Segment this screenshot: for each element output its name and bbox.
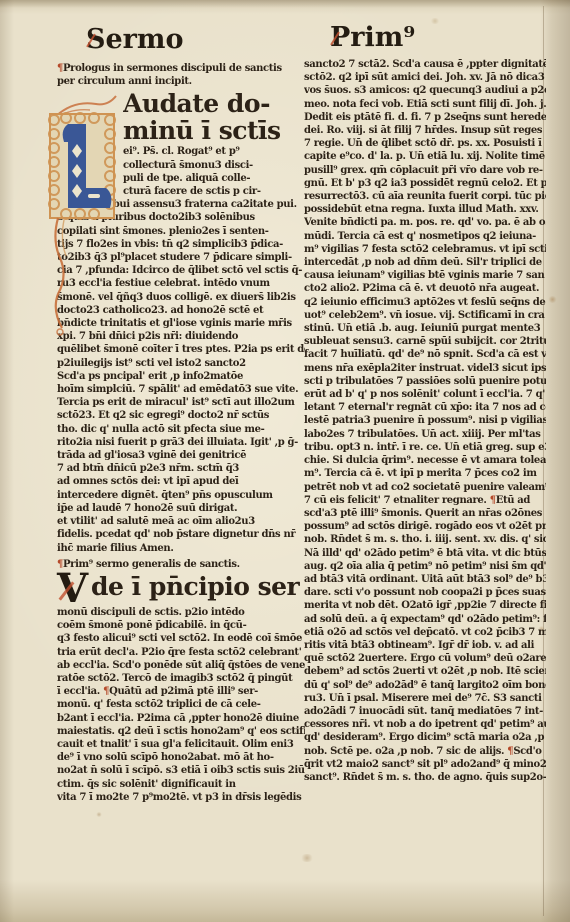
text-line: mūdi. Tercia cā est q' nosmetipos q2 iei… bbox=[304, 230, 546, 243]
foxing-spot bbox=[96, 812, 102, 817]
text-line: pusill⁹ grex. qm̄ cōplacuit pr̄i vr̄o da… bbox=[304, 164, 546, 177]
text-line: possidebūt et̄na regna. Iuxta illud Math… bbox=[304, 203, 546, 216]
text-line: fidelis. pcedat qd' nob p̄stare dignetur… bbox=[57, 528, 305, 541]
text-segment: nob. Sctē pe. o2a ,p nob. 7 sic de alijs… bbox=[304, 746, 507, 757]
text-segment: quēlibet s̄monē coīter ī tres ptes. P2ia… bbox=[57, 344, 305, 355]
text-line: resurrectō3. cū aīa reunita fuerit corpi… bbox=[304, 190, 546, 203]
text-line: meo. nota feci vob. Etiā scti sunt filij… bbox=[304, 98, 546, 111]
text-line: dū q' sol⁹ de⁹ ado2ād⁹ ē tanq̄ largito2 … bbox=[304, 679, 546, 692]
text-segment: ab eccl'ia. Scd'o ponēde sūt aliq̄ q̄stō… bbox=[57, 660, 305, 671]
text-segment: nob. Rn̄det s̄ m. s. tho. i. iiij. sent.… bbox=[304, 534, 546, 545]
text-line: q̄rit̄ vt2 maio2 sanct⁹ sit pl⁹ ado2and⁹… bbox=[304, 758, 546, 771]
decorated-initial-L-icon bbox=[44, 90, 124, 340]
text-segment: cauit et t̄nalit' ī sua gl'a felicitauit… bbox=[57, 739, 293, 750]
text-line: hoīm simplciū. 7 spālit' ad emēdatō3 sue… bbox=[57, 383, 305, 396]
text-segment: subleuat sensu3. carnē spūi subijcit. co… bbox=[304, 336, 546, 347]
text-segment: petrēt nob vt ad co2 societatē puenire v… bbox=[304, 482, 546, 493]
text-segment: m⁹ vigilias 7 festa sctō2 celebramus. vt… bbox=[304, 244, 546, 255]
text-segment: gnū. Et b' p3 q2 ia3 possidēt regnū celo… bbox=[304, 178, 546, 189]
text-line: vos s̄uos. s3 amicos: q2 quecunq3 audiui… bbox=[304, 84, 546, 97]
text-line: et vtilit' ad salutē meā ac oīm alio2u3 bbox=[57, 515, 305, 528]
text-segment: 7 regie. Un̄ de q̄libet sctō dr̄. ps. xx… bbox=[304, 138, 542, 149]
text-segment: maiestatis. q2 deū ī sctis hono2am⁹ q' e… bbox=[57, 726, 305, 737]
running-header-left: Sermo bbox=[86, 24, 183, 55]
text-segment: Dedit eis ptātē fi. d. fi. 7 p 2seq̄ns s… bbox=[304, 112, 546, 123]
text-line: monū. q' festa sctō2 triplici de cā cele… bbox=[57, 698, 305, 711]
text-line: Audate do- bbox=[123, 90, 305, 117]
text-line: ihc̄ marie filius Amen. bbox=[57, 542, 305, 555]
text-segment: Prologus in sermones discipuli de sancti… bbox=[63, 63, 282, 74]
foxing-spot bbox=[430, 18, 440, 24]
text-line: maiestatis. q2 deū ī sctis hono2am⁹ q' e… bbox=[57, 725, 305, 738]
text-line: lestē patria3 puenire n̄ possum⁹. nisi p… bbox=[304, 414, 546, 427]
text-line: ad btā3 vitā ordinant̄. Uitā aūt btā3 so… bbox=[304, 573, 546, 586]
text-segment: stinū. Un̄ etiā .b. aug. Ieiuniū purgat … bbox=[304, 323, 540, 334]
text-segment: no2at̄ n̄ solū ī scīpō. s3 etiā ī oib3 s… bbox=[57, 765, 305, 776]
text-segment: monū. q' festa sctō2 triplici de cā cele… bbox=[57, 699, 261, 710]
text-segment: dū q' sol⁹ de⁹ ado2ād⁹ ē tanq̄ largito2 … bbox=[304, 680, 546, 691]
text-line: ritis vitā btā3 obtineam⁹. Igr̄ dr̄ iob.… bbox=[304, 639, 546, 652]
text-segment: letant̄ 7 eternal'r regnāt cū xp̄o: ita … bbox=[304, 402, 546, 413]
text-segment: meo. nota feci vob. Etiā scti sunt filij… bbox=[304, 99, 546, 110]
text-segment: possidebūt et̄na regna. Iuxta illud Math… bbox=[304, 204, 538, 215]
text-segment: debem⁹ ad sctōs 2uerti vt o2ēt ,p nob. I… bbox=[304, 666, 546, 677]
text-line: m⁹. Tercia cā ē. vt ipī p merita 7 p̄ces… bbox=[304, 467, 546, 480]
text-segment: ad omnes sctōs dei: vt ipī apud deī bbox=[57, 476, 239, 487]
text-line: q3 festo alicui⁹ scti vel sctō2. In eodē… bbox=[57, 632, 305, 645]
text-line: ei⁹. Ps̄. cl. Rogat⁹ et p⁹ bbox=[123, 145, 305, 158]
text-segment: ip̄e ad laudē 7 hono2ē suū dirigat. bbox=[57, 503, 237, 514]
text-segment: ad solū deū. a q̄ expectam⁹ qd' o2ādo pe… bbox=[304, 614, 546, 625]
text-line: scd'a3 ptē illi⁹ s̄monis. Querit̄ an nr̄… bbox=[304, 507, 546, 520]
right-text-column: sancto2 7 sctā2. Scd'a causa ē ,ppter di… bbox=[304, 58, 546, 784]
text-line: nob. Rn̄det s̄ m. s. tho. i. iiij. sent.… bbox=[304, 533, 546, 546]
sermon-one-incipit-text: de ī pn̄cipio ser bbox=[91, 572, 299, 602]
text-line: 7 regie. Un̄ de q̄libet sctō dr̄. ps. xx… bbox=[304, 137, 546, 150]
text-line: intercedere dignēt̄. q̄ten⁹ pn̄s opuscul… bbox=[57, 489, 305, 502]
text-line: ad omnes sctōs dei: vt ipī apud deī bbox=[57, 475, 305, 488]
text-segment: fidelis. pcedat qd' nob p̄stare dignetur… bbox=[57, 529, 295, 540]
prologue-rubric: ¶Prologus in sermones discipuli de sanct… bbox=[57, 62, 305, 88]
sermon-one-rubric-label: Prim⁹ sermo generalis de sanctis. bbox=[63, 559, 240, 570]
left-text-column: ¶Prologus in sermones discipuli de sanct… bbox=[57, 62, 305, 804]
text-line: possum⁹ ad sctōs dirigē. rogādo eos vt o… bbox=[304, 520, 546, 533]
text-segment: q3 festo alicui⁹ scti vel sctō2. In eodē… bbox=[57, 633, 302, 644]
text-segment: capite e⁹co. d' la. p. Un̄ etiā lu. xij.… bbox=[304, 151, 545, 162]
foxing-spot bbox=[548, 296, 557, 303]
text-line: rito2ia nisi fuerit p grā3 dei illuiata.… bbox=[57, 436, 305, 449]
text-segment: minū ī sctīs bbox=[123, 117, 281, 144]
foxing-spot bbox=[300, 854, 314, 862]
text-segment: rito2ia nisi fuerit p grā3 dei illuiata.… bbox=[57, 437, 298, 448]
text-line: m⁹ vigilias 7 festa sctō2 celebramus. vt… bbox=[304, 243, 546, 256]
text-line: ratōe sctō2. Tercō de imagib3 sctō2 q̄ p… bbox=[57, 672, 305, 685]
text-segment: cturā facere de sctis p cir- bbox=[123, 186, 261, 197]
text-segment: scd'a3 ptē illi⁹ s̄monis. Querit̄ an nr̄… bbox=[304, 508, 542, 519]
text-segment: q2 ieiunio efficimu3 aptō2es vt feslū se… bbox=[304, 297, 545, 308]
text-segment: mens nr̄a exēpla2iter instruat̄. videl3 … bbox=[304, 363, 546, 374]
text-line: minū ī sctīs bbox=[123, 117, 305, 144]
text-line: subleuat sensu3. carnē spūi subijcit. co… bbox=[304, 335, 546, 348]
text-line: ad solū deū. a q̄ expectam⁹ qd' o2ādo pe… bbox=[304, 613, 546, 626]
text-line: ab eccl'ia. Scd'o ponēde sūt aliq̄ q̄stō… bbox=[57, 659, 305, 672]
running-header-right: Prim⁹ bbox=[330, 22, 415, 53]
text-segment: per circulum anni incipit. bbox=[57, 76, 192, 87]
text-line: capite e⁹co. d' la. p. Un̄ etiā lu. xij.… bbox=[304, 150, 546, 163]
text-segment: 7 ad btm̄ dn̄icū p2e3 nr̄m. sctm̄ q̄3 bbox=[57, 463, 239, 474]
text-line: causa ieiunam⁹ vigilias btē vginis marie… bbox=[304, 269, 546, 282]
text-line: ¶Prologus in sermones discipuli de sanct… bbox=[57, 62, 305, 75]
text-segment: facit 7 huīliatū. qd' de⁹ nō spnit. Scd'… bbox=[304, 349, 546, 360]
text-line: petrēt nob vt ad co2 societatē puenire v… bbox=[304, 481, 546, 494]
text-line: qd' desideram⁹. Ergo dicim⁹ sctā maria o… bbox=[304, 731, 546, 744]
text-line: ¶Prim⁹ sermo generalis de sanctis. bbox=[57, 558, 305, 571]
text-line: labo2es 7 tribulatōes. Un̄ act. xiiij. P… bbox=[304, 428, 546, 441]
sermon-one-incipit: V de ī pn̄cipio ser bbox=[57, 572, 305, 606]
text-segment: dare. scti v'o possunt nob coopa2i p p̄c… bbox=[304, 587, 546, 598]
sermon-one-body: monū discipuli de sctis. p2io intēdocoēm… bbox=[57, 606, 305, 804]
text-line: tria erūt decl'a. P2io q̄re festa sctō2 … bbox=[57, 646, 305, 659]
text-line: Tercia ps erit de miracul' ist̄⁹ sctī au… bbox=[57, 396, 305, 409]
sermon-one-rubric: ¶Prim⁹ sermo generalis de sanctis. bbox=[57, 558, 305, 571]
text-line: sancto2 7 sctā2. Scd'a causa ē ,ppter di… bbox=[304, 58, 546, 71]
text-segment: tribu. opt3 n. intr̄. ī re. ce. Un̄ etiā… bbox=[304, 442, 546, 453]
text-segment: chie. Si dulcia q̄rim⁹. necesse ē vt ama… bbox=[304, 455, 546, 466]
text-line: uot⁹ celeb2em⁹. vn̄ iosue. vij. Sctifica… bbox=[304, 309, 546, 322]
text-line: monū discipuli de sctis. p2io intēdo bbox=[57, 606, 305, 619]
text-segment: qd' desideram⁹. Ergo dicim⁹ sctā maria o… bbox=[304, 732, 544, 743]
text-line: intercedāt ,p nob ad dn̄m deū. Sil'r tri… bbox=[304, 256, 546, 269]
text-segment: coēm s̄monē ponē p̄dicabilē. in q̄cū- bbox=[57, 620, 246, 631]
text-segment: b2ant̄ ī eccl'ia. P2ima cā ,ppter hono2ē… bbox=[57, 713, 299, 724]
text-segment: Tercia ps erit de miracul' ist̄⁹ sctī au… bbox=[57, 397, 295, 408]
text-line: 7 ad btm̄ dn̄icū p2e3 nr̄m. sctm̄ q̄3 bbox=[57, 462, 305, 475]
text-line: ado2ādi 7 inuocādi sūt. tanq̄ mediatōes … bbox=[304, 705, 546, 718]
text-line: sanct⁹. Rn̄det s̄ m. s. tho. de agno. q̄… bbox=[304, 771, 546, 784]
text-segment: 7 cū eis felicit' 7 et̄naliter regnare. bbox=[304, 495, 490, 506]
text-line: Dedit eis ptātē fi. d. fi. 7 p 2seq̄ns s… bbox=[304, 111, 546, 124]
text-line: letant̄ 7 eternal'r regnāt cū xp̄o: ita … bbox=[304, 401, 546, 414]
text-segment: ratōe sctō2. Tercō de imagib3 sctō2 q̄ p… bbox=[57, 673, 292, 684]
text-segment: intercedere dignēt̄. q̄ten⁹ pn̄s opuscul… bbox=[57, 490, 273, 501]
page-edge-left bbox=[0, 0, 14, 922]
text-line: b2ant̄ ī eccl'ia. P2ima cā ,ppter hono2ē… bbox=[57, 712, 305, 725]
text-segment: tria erūt decl'a. P2io q̄re festa sctō2 … bbox=[57, 647, 301, 658]
text-segment: de⁹ ī vno solū scīpō hono2abat̄. mō āt h… bbox=[57, 752, 274, 763]
text-line: chie. Si dulcia q̄rim⁹. necesse ē vt ama… bbox=[304, 454, 546, 467]
text-segment: cto2 alio2. P2ima cā ē. vt deuotō nr̄a a… bbox=[304, 283, 539, 294]
text-line: no2at̄ n̄ solū ī scīpō. s3 etiā ī oib3 s… bbox=[57, 764, 305, 777]
text-line: Nā illd' qd' o2ādo petim⁹ ē btā vita. vt… bbox=[304, 547, 546, 560]
text-line: trāda ad gl'iosa3 vginē dei genitricē bbox=[57, 449, 305, 462]
text-segment: sctō2. q2 ipī sūt amici dei. Joh. xv. Jā… bbox=[304, 72, 544, 83]
text-line: gnū. Et b' p3 q2 ia3 possidēt regnū celo… bbox=[304, 177, 546, 190]
text-segment: sancto2 7 sctā2. Scd'a causa ē ,ppter di… bbox=[304, 59, 546, 70]
text-segment: Quātū ad p2imā ptē illi⁹ ser- bbox=[109, 686, 258, 697]
text-line: Scd'a ps pncipal' erit ,p info2matōe bbox=[57, 370, 305, 383]
text-line: merita vt nob dēt̄. O2atō igr̄ ,pp2ie 7 … bbox=[304, 599, 546, 612]
text-line: tho. dic q' nulla actō sit pfecta siue m… bbox=[57, 423, 305, 436]
text-line: p2iuilegijs ist̄⁹ scti vel isto2 sancto2 bbox=[57, 357, 305, 370]
text-line: vita 7 ī mo2te 7 p⁹mo2tē. vt p3 in dr̄si… bbox=[57, 791, 305, 804]
text-line: tribu. opt3 n. intr̄. ī re. ce. Un̄ etiā… bbox=[304, 441, 546, 454]
text-segment: ī eccl'ia. bbox=[57, 686, 103, 697]
text-segment: resurrectō3. cū aīa reunita fuerit corpi… bbox=[304, 191, 546, 202]
text-segment: mūdi. Tercia cā est q' nosmetipos q2 iei… bbox=[304, 231, 536, 242]
text-segment: q̄rit̄ vt2 maio2 sanct⁹ sit pl⁹ ado2and⁹… bbox=[304, 759, 546, 770]
text-segment: ctim. q̄s sic solēnit' dignificauit in bbox=[57, 779, 236, 790]
text-segment: ru3. Un̄ ī psal. Miserere mei de⁹ 7c̄. S… bbox=[304, 693, 542, 704]
text-line: nob. Sctē pe. o2a ,p nob. 7 sic de alijs… bbox=[304, 745, 546, 758]
text-line: ī eccl'ia. ¶Quātū ad p2imā ptē illi⁹ ser… bbox=[57, 685, 305, 698]
text-line: q2 ieiunio efficimu3 aptō2es vt feslū se… bbox=[304, 296, 546, 309]
text-segment: hoīm simplciū. 7 spālit' ad emēdatō3 sue… bbox=[57, 384, 298, 395]
text-line: mens nr̄a exēpla2iter instruat̄. videl3 … bbox=[304, 362, 546, 375]
text-segment: ad btā3 vitā ordinant̄. Uitā aūt btā3 so… bbox=[304, 574, 546, 585]
printed-initial-V: V bbox=[57, 572, 88, 606]
text-segment: et vtilit' ad salutē meā ac oīm alio2u3 bbox=[57, 516, 255, 527]
text-segment: puli de tpe. aliquā colle- bbox=[123, 173, 250, 184]
text-segment: ado2ādi 7 inuocādi sūt. tanq̄ mediatōes … bbox=[304, 706, 543, 717]
text-segment: uot⁹ celeb2em⁹. vn̄ iosue. vij. Sctifica… bbox=[304, 310, 545, 321]
text-segment: ei⁹. Ps̄. cl. Rogat⁹ et p⁹ bbox=[123, 146, 240, 157]
text-segment: Venite bn̄dicti pa. m. pos. re. qd' vo. … bbox=[304, 217, 546, 228]
text-segment: aug. q2 oīa alia q̄ petim⁹ nō petim⁹ nis… bbox=[304, 561, 546, 572]
text-segment: ritis vitā btā3 obtineam⁹. Igr̄ dr̄ iob.… bbox=[304, 640, 534, 651]
text-line: dare. scti v'o possunt nob coopa2i p p̄c… bbox=[304, 586, 546, 599]
text-line: sctō23. Et q2 sic egregi⁹ docto2 nr̄ sct… bbox=[57, 409, 305, 422]
text-line: per circulum anni incipit. bbox=[57, 75, 305, 88]
text-segment: sanct⁹. Rn̄det s̄ m. s. tho. de agno. q̄… bbox=[304, 772, 546, 783]
text-segment: causa ieiunam⁹ vigilias btē vginis marie… bbox=[304, 270, 544, 281]
running-header-right-label: Prim⁹ bbox=[330, 22, 415, 53]
text-line: cauit et t̄nalit' ī sua gl'a felicitauit… bbox=[57, 738, 305, 751]
text-segment: intercedāt ,p nob ad dn̄m deū. Sil'r tri… bbox=[304, 257, 542, 268]
text-line: coēm s̄monē ponē p̄dicabilē. in q̄cū- bbox=[57, 619, 305, 632]
text-segment: collecturā s̄monu3 disci- bbox=[123, 160, 253, 171]
page-edge-top bbox=[0, 0, 570, 8]
text-segment: quē sctō2 2uertere. Ergo cū volum⁹ deū o… bbox=[304, 653, 546, 664]
text-line: ctim. q̄s sic solēnit' dignificauit in bbox=[57, 778, 305, 791]
right-column-body: sancto2 7 sctā2. Scd'a causa ē ,ppter di… bbox=[304, 58, 546, 784]
text-segment: erūt ad b' q' p nos solēnit' colunt̄ ī e… bbox=[304, 389, 546, 400]
text-line: etiā o2ō ad sctōs vel dep̄catō. vt co2 p… bbox=[304, 626, 546, 639]
text-line: cto2 alio2. P2ima cā ē. vt deuotō nr̄a a… bbox=[304, 282, 546, 295]
text-line: dei. Ro. viij. si āt filij 7 hr̄des. Ins… bbox=[304, 124, 546, 137]
running-header-left-label: Sermo bbox=[86, 24, 183, 55]
text-line: aug. q2 oīa alia q̄ petim⁹ nō petim⁹ nis… bbox=[304, 560, 546, 573]
text-line: 7 cū eis felicit' 7 et̄naliter regnare. … bbox=[304, 494, 546, 507]
text-segment: merita vt nob dēt̄. O2atō igr̄ ,pp2ie 7 … bbox=[304, 600, 546, 611]
text-segment: vos s̄uos. s3 amicos: q2 quecunq3 audiui… bbox=[304, 85, 546, 96]
initial-V-letter: V bbox=[57, 565, 88, 612]
text-line: quē sctō2 2uertere. Ergo cū volum⁹ deū o… bbox=[304, 652, 546, 665]
text-segment: scti p tribulatōes 7 passiōes solū pueni… bbox=[304, 376, 546, 387]
text-segment: sctō23. Et q2 sic egregi⁹ docto2 nr̄ sct… bbox=[57, 410, 269, 421]
text-line: puli de tpe. aliquā colle- bbox=[123, 172, 305, 185]
text-segment: lestē patria3 puenire n̄ possum⁹. nisi p… bbox=[304, 415, 546, 426]
text-line: cessores nr̄i. vt nob a do ipetrent qd' … bbox=[304, 718, 546, 731]
text-segment: Nā illd' qd' o2ādo petim⁹ ē btā vita. vt… bbox=[304, 548, 546, 559]
text-line: facit 7 huīliatū. qd' de⁹ nō spnit. Scd'… bbox=[304, 348, 546, 361]
text-segment: vita 7 ī mo2te 7 p⁹mo2tē. vt p3 in dr̄si… bbox=[57, 792, 301, 803]
text-segment: possum⁹ ad sctōs dirigē. rogādo eos vt o… bbox=[304, 521, 546, 532]
text-line: ru3. Un̄ ī psal. Miserere mei de⁹ 7c̄. S… bbox=[304, 692, 546, 705]
text-segment: tho. dic q' nulla actō sit pfecta siue m… bbox=[57, 424, 264, 435]
text-segment: Etū ad bbox=[496, 495, 530, 506]
text-line: de⁹ ī vno solū scīpō hono2abat̄. mō āt h… bbox=[57, 751, 305, 764]
text-line: quēlibet s̄monē coīter ī tres ptes. P2ia… bbox=[57, 343, 305, 356]
text-segment: pusill⁹ grex. qm̄ cōplacuit pr̄i vr̄o da… bbox=[304, 165, 543, 176]
scanned-book-page: Sermo Prim⁹ bbox=[0, 0, 570, 922]
text-segment: ihc̄ marie filius Amen. bbox=[57, 543, 173, 554]
text-line: collecturā s̄monu3 disci- bbox=[123, 159, 305, 172]
text-line: cturā facere de sctis p cir- bbox=[123, 185, 305, 198]
text-line: ip̄e ad laudē 7 hono2ē suū dirigat. bbox=[57, 502, 305, 515]
text-segment: Scd'o bbox=[513, 746, 541, 757]
text-segment: Scd'a ps pncipal' erit ,p info2matōe bbox=[57, 371, 243, 382]
text-line: stinū. Un̄ etiā .b. aug. Ieiuniū purgat … bbox=[304, 322, 546, 335]
text-line: erūt ad b' q' p nos solēnit' colunt̄ ī e… bbox=[304, 388, 546, 401]
text-line: Venite bn̄dicti pa. m. pos. re. qd' vo. … bbox=[304, 216, 546, 229]
text-segment: cessores nr̄i. vt nob a do ipetrent qd' … bbox=[304, 719, 546, 730]
text-segment: trāda ad gl'iosa3 vginē dei genitricē bbox=[57, 450, 246, 461]
text-segment: Audate do- bbox=[123, 90, 270, 117]
text-segment: labo2es 7 tribulatōes. Un̄ act. xiiij. P… bbox=[304, 429, 541, 440]
text-segment: p2iuilegijs ist̄⁹ scti vel isto2 sancto2 bbox=[57, 358, 246, 369]
text-line: debem⁹ ad sctōs 2uerti vt o2ēt ,p nob. I… bbox=[304, 665, 546, 678]
text-segment: m⁹. Tercia cā ē. vt ipī p merita 7 p̄ces… bbox=[304, 468, 537, 479]
text-line: sctō2. q2 ipī sūt amici dei. Joh. xv. Jā… bbox=[304, 71, 546, 84]
text-line: scti p tribulatōes 7 passiōes solū pueni… bbox=[304, 375, 546, 388]
text-segment: dei. Ro. viij. si āt filij 7 hr̄des. Ins… bbox=[304, 125, 542, 136]
text-segment: etiā o2ō ad sctōs vel dep̄catō. vt co2 p… bbox=[304, 627, 546, 638]
